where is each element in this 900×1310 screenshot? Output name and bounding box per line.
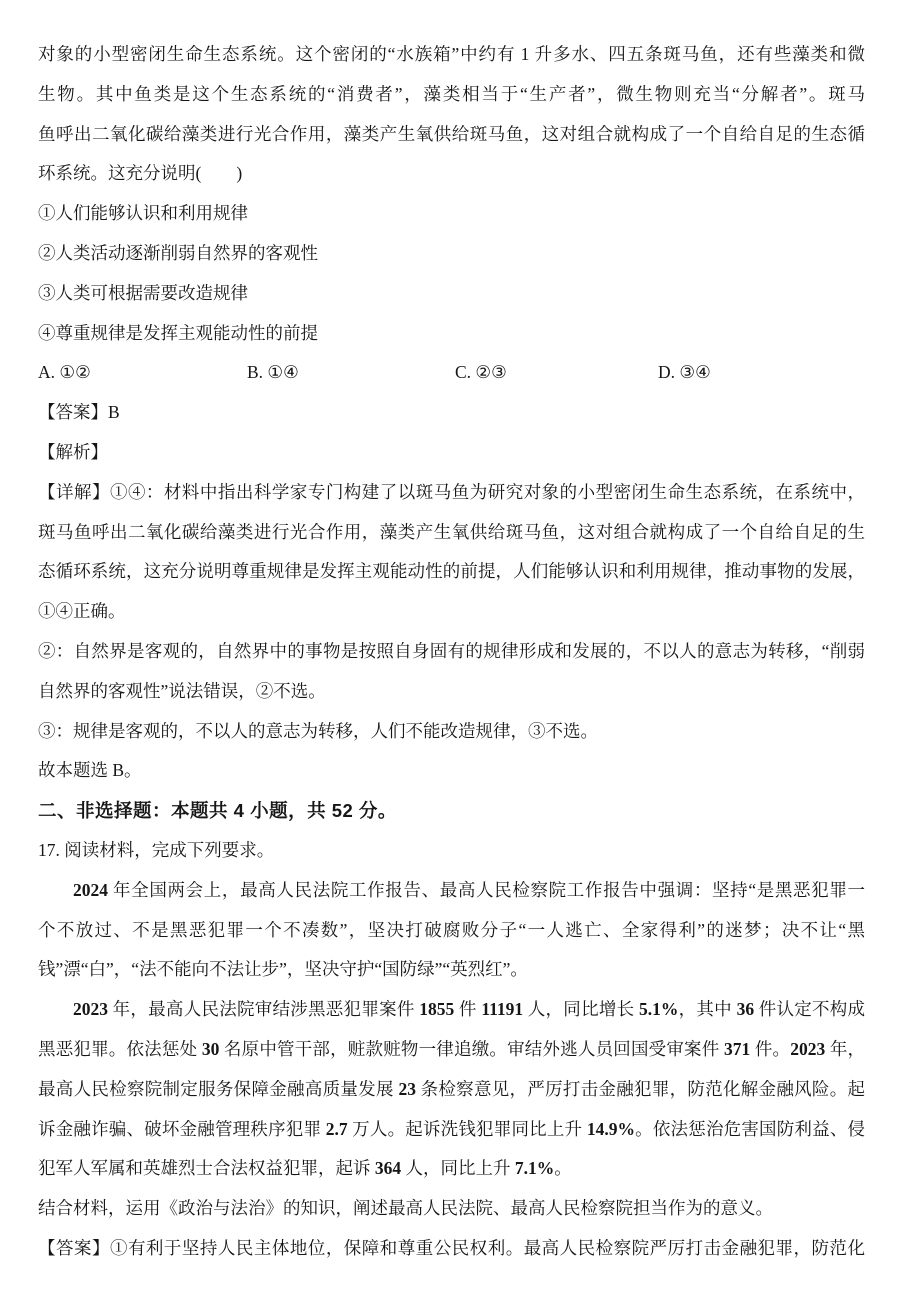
answer-line: 【答案】①有利于坚持人民主体地位，保障和尊重公民权利。最高人民检察院严厉打击金融… bbox=[38, 1229, 865, 1269]
answer-line: 【答案】B bbox=[38, 393, 865, 433]
statistic-value: 5.1% bbox=[639, 999, 678, 1019]
statistic-value: 7.1% bbox=[515, 1158, 554, 1178]
statistic-value: 2.7 bbox=[326, 1119, 348, 1139]
text-segment: 人，同比上升 bbox=[401, 1158, 515, 1178]
explanation-line: 自然界的客观性”说法错误，②不选。 bbox=[38, 672, 865, 712]
text-segment: 犯军人军属和英雄烈士合法权益犯罪，起诉 bbox=[38, 1158, 375, 1178]
statistic-value: 2024 bbox=[73, 880, 108, 900]
material-line: 2023 年，最高人民法院审结涉黑恶犯罪案件 1855 件 11191 人，同比… bbox=[38, 990, 865, 1030]
text-segment: 条检察意见，严厉打击金融犯罪，防范化解金融风险。起 bbox=[416, 1079, 865, 1099]
text-segment: 年全国两会上，最高人民法院工作报告、最高人民检察院工作报告中强调：坚持“是黑恶犯… bbox=[108, 880, 865, 900]
statistic-value: 14.9% bbox=[587, 1119, 635, 1139]
explanation-line: ②：自然界是客观的，自然界中的事物是按照自身固有的规律形成和发展的，不以人的意志… bbox=[38, 632, 865, 672]
statistic-value: 36 bbox=[737, 999, 755, 1019]
statistic-value: 2023 bbox=[790, 1039, 825, 1059]
conclusion-line: 故本题选 B。 bbox=[38, 751, 865, 791]
text-segment: 黑恶犯罪。依法惩处 bbox=[38, 1039, 202, 1059]
text-segment: ，其中 bbox=[678, 999, 736, 1019]
document-page: 对象的小型密闭生命生态系统。这个密闭的“水族箱”中约有 1 升多水、四五条斑马鱼… bbox=[0, 0, 900, 1310]
text-segment: 。依法惩治危害国防利益、侵 bbox=[635, 1119, 865, 1139]
text-segment: 人，同比增长 bbox=[523, 999, 639, 1019]
text-segment: 件认定不构成 bbox=[754, 999, 865, 1019]
answer-option: B. ①④ bbox=[247, 353, 299, 393]
analysis-label: 【解析】 bbox=[38, 433, 865, 473]
statistic-value: 371 bbox=[724, 1039, 750, 1059]
statement-1: ①人们能够认识和利用规律 bbox=[38, 194, 865, 234]
body-text-line: 对象的小型密闭生命生态系统。这个密闭的“水族箱”中约有 1 升多水、四五条斑马鱼… bbox=[38, 35, 865, 75]
body-text-line: 生物。其中鱼类是这个生态系统的“消费者”，藻类相当于“生产者”，微生物则充当“分… bbox=[38, 75, 865, 115]
text-segment: 件。 bbox=[750, 1039, 790, 1059]
statistic-value: 23 bbox=[398, 1079, 416, 1099]
options-row: A. ①②B. ①④C. ②③D. ③④ bbox=[38, 353, 865, 393]
statement-2: ②人类活动逐渐削弱自然界的客观性 bbox=[38, 234, 865, 274]
text-segment: 。 bbox=[554, 1158, 572, 1178]
statistic-value: 1855 bbox=[419, 999, 454, 1019]
explanation-line: ③：规律是客观的，不以人的意志为转移，人们不能改造规律，③不选。 bbox=[38, 712, 865, 752]
explanation-line: 态循环系统，这充分说明尊重规律是发挥主观能动性的前提，人们能够认识和利用规律，推… bbox=[38, 552, 865, 592]
statement-4: ④尊重规律是发挥主观能动性的前提 bbox=[38, 314, 865, 354]
document-content: 对象的小型密闭生命生态系统。这个密闭的“水族箱”中约有 1 升多水、四五条斑马鱼… bbox=[38, 35, 865, 1269]
statistic-value: 11191 bbox=[481, 999, 523, 1019]
text-segment: 诉金融诈骗、破坏金融管理秩序犯罪 bbox=[38, 1119, 326, 1139]
material-line: 诉金融诈骗、破坏金融管理秩序犯罪 2.7 万人。起诉洗钱犯罪同比上升 14.9%… bbox=[38, 1110, 865, 1150]
material-line: 2024 年全国两会上，最高人民法院工作报告、最高人民检察院工作报告中强调：坚持… bbox=[38, 871, 865, 911]
section-heading: 二、非选择题：本题共 4 小题，共 52 分。 bbox=[38, 791, 865, 831]
text-segment: 年， bbox=[825, 1039, 865, 1059]
body-text-line: 鱼呼出二氧化碳给藻类进行光合作用，藻类产生氧供给斑马鱼，这对组合就构成了一个自给… bbox=[38, 115, 865, 155]
answer-option: C. ②③ bbox=[455, 353, 507, 393]
material-line: 最高人民检察院制定服务保障金融高质量发展 23 条检察意见，严厉打击金融犯罪，防… bbox=[38, 1070, 865, 1110]
statistic-value: 364 bbox=[375, 1158, 401, 1178]
material-line: 黑恶犯罪。依法惩处 30 名原中管干部，赃款赃物一律追缴。审结外逃人员回国受审案… bbox=[38, 1030, 865, 1070]
statement-3: ③人类可根据需要改造规律 bbox=[38, 274, 865, 314]
answer-option: A. ①② bbox=[38, 353, 91, 393]
statistic-value: 30 bbox=[202, 1039, 220, 1059]
text-segment: 名原中管干部，赃款赃物一律追缴。审结外逃人员回国受审案件 bbox=[219, 1039, 724, 1059]
statistic-value: 2023 bbox=[73, 999, 108, 1019]
text-segment: 最高人民检察院制定服务保障金融高质量发展 bbox=[38, 1079, 398, 1099]
material-line: 钱”漂“白”，“法不能向不法让步”，坚决守护“国防绿”“英烈红”。 bbox=[38, 950, 865, 990]
question-17-intro: 17. 阅读材料，完成下列要求。 bbox=[38, 831, 865, 871]
material-line: 犯军人军属和英雄烈士合法权益犯罪，起诉 364 人，同比上升 7.1%。 bbox=[38, 1149, 865, 1189]
question-stem-end: 环系统。这充分说明( ) bbox=[38, 154, 865, 194]
explanation-line: 【详解】①④：材料中指出科学家专门构建了以斑马鱼为研究对象的小型密闭生命生态系统… bbox=[38, 473, 865, 513]
text-segment: 件 bbox=[454, 999, 481, 1019]
task-line: 结合材料，运用《政治与法治》的知识，阐述最高人民法院、最高人民检察院担当作为的意… bbox=[38, 1189, 865, 1229]
text-segment: 年，最高人民法院审结涉黑恶犯罪案件 bbox=[108, 999, 419, 1019]
answer-option: D. ③④ bbox=[658, 353, 711, 393]
explanation-line: ①④正确。 bbox=[38, 592, 865, 632]
explanation-line: 斑马鱼呼出二氧化碳给藻类进行光合作用，藻类产生氧供给斑马鱼，这对组合就构成了一个… bbox=[38, 513, 865, 553]
material-line: 个不放过、不是黑恶犯罪一个不凑数”，坚决打破腐败分子“一人逃亡、全家得利”的迷梦… bbox=[38, 911, 865, 951]
text-segment: 万人。起诉洗钱犯罪同比上升 bbox=[348, 1119, 587, 1139]
